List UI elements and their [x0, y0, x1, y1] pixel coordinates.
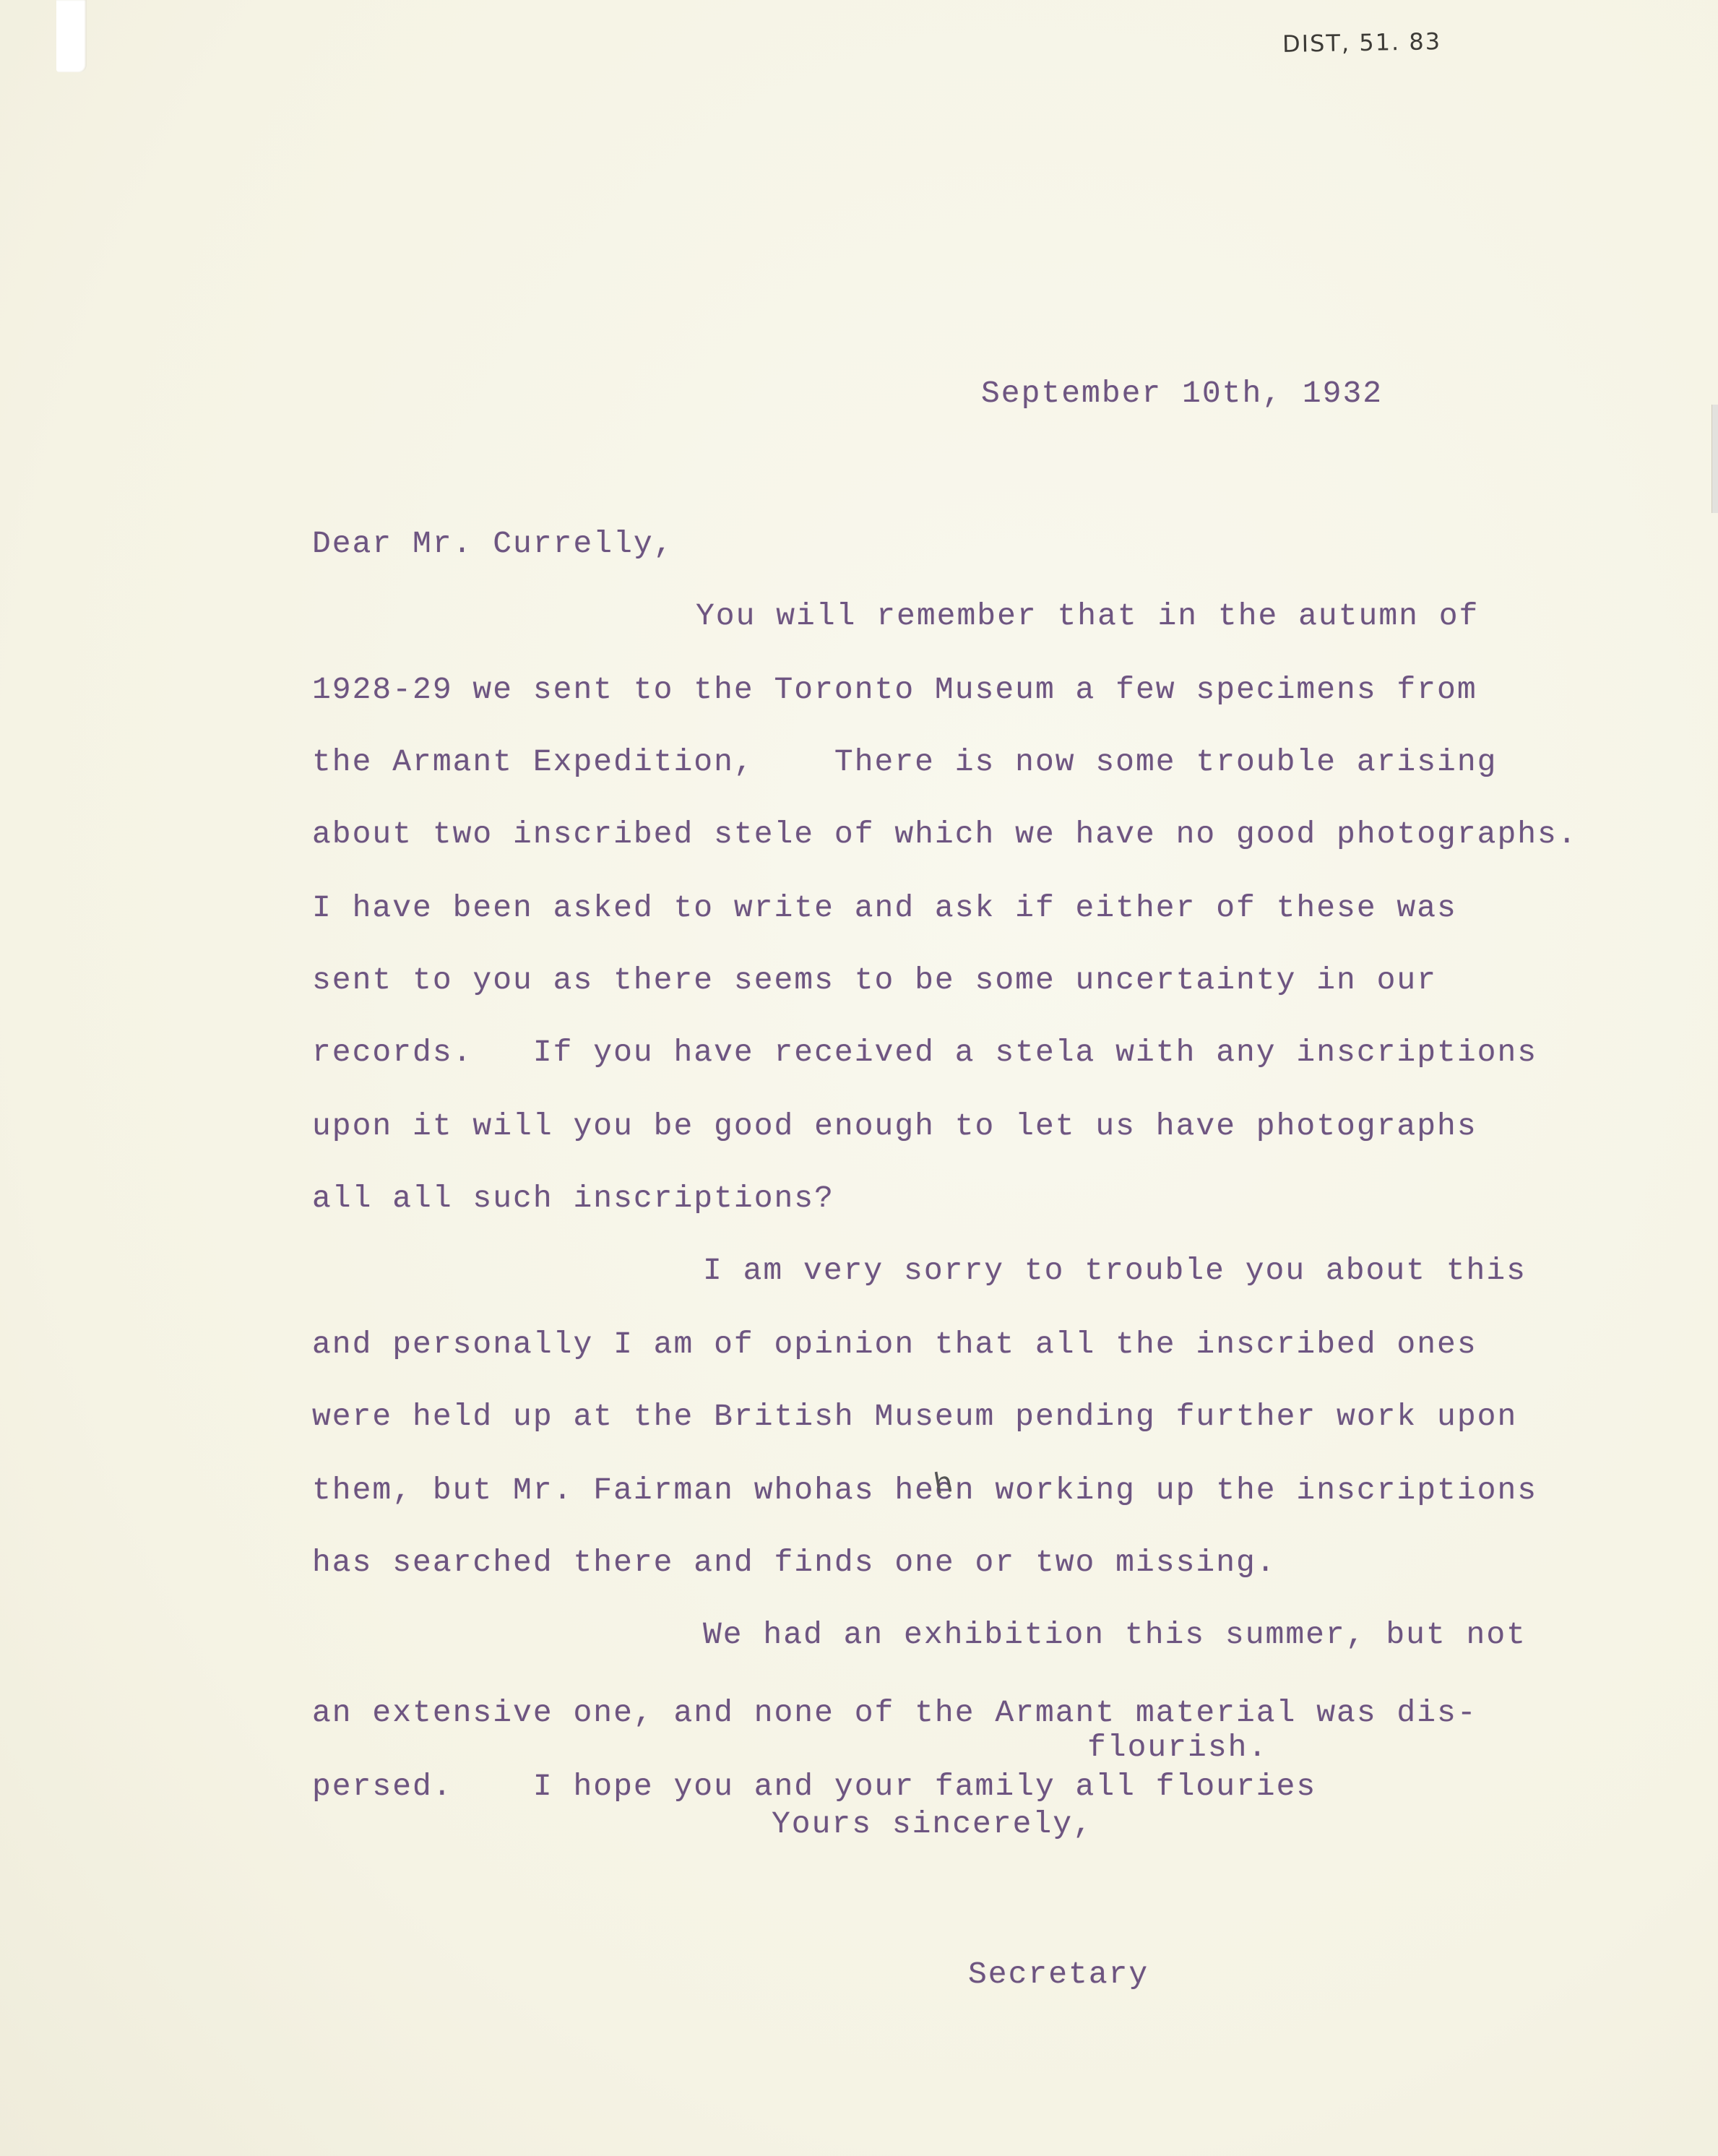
archive-reference: DIST, 51. 83 — [1282, 27, 1442, 58]
body-line: the Armant Expedition, There is now some… — [312, 744, 1497, 780]
signature-title: Secretary — [968, 1957, 1149, 1992]
body-line: I have been asked to write and ask if ei… — [312, 890, 1457, 926]
letter-page: DIST, 51. 83 September 10th, 1932 Dear M… — [0, 0, 1718, 2156]
body-line: persed. I hope you and your family all f… — [312, 1769, 1316, 1804]
body-line: all all such inscriptions? — [312, 1181, 834, 1216]
salutation: Dear Mr. Currelly, — [312, 526, 673, 561]
body-line: records. If you have received a stela wi… — [312, 1035, 1537, 1070]
body-line: them, but Mr. Fairman whohas heen workin… — [312, 1472, 1537, 1508]
body-line: You will remember that in the autumn of — [696, 598, 1479, 634]
body-line: flourish. — [1087, 1730, 1268, 1765]
letter-date: September 10th, 1932 — [981, 376, 1383, 411]
body-line: sent to you as there seems to be some un… — [312, 962, 1437, 998]
body-line: upon it will you be good enough to let u… — [312, 1108, 1477, 1144]
torn-corner — [56, 0, 87, 72]
body-line: and personally I am of opinion that all … — [312, 1327, 1477, 1362]
body-line: 1928-29 we sent to the Toronto Museum a … — [312, 672, 1477, 707]
body-line: We had an exhibition this summer, but no… — [703, 1617, 1527, 1652]
page-edge — [1711, 405, 1718, 513]
closing: Yours sincerely, — [772, 1806, 1093, 1842]
body-line: about two inscribed stele of which we ha… — [312, 816, 1578, 852]
body-line: has searched there and finds one or two … — [312, 1545, 1277, 1580]
body-line: I am very sorry to trouble you about thi… — [703, 1253, 1527, 1288]
body-line: an extensive one, and none of the Armant… — [312, 1695, 1477, 1730]
body-line: were held up at the British Museum pendi… — [312, 1399, 1517, 1434]
